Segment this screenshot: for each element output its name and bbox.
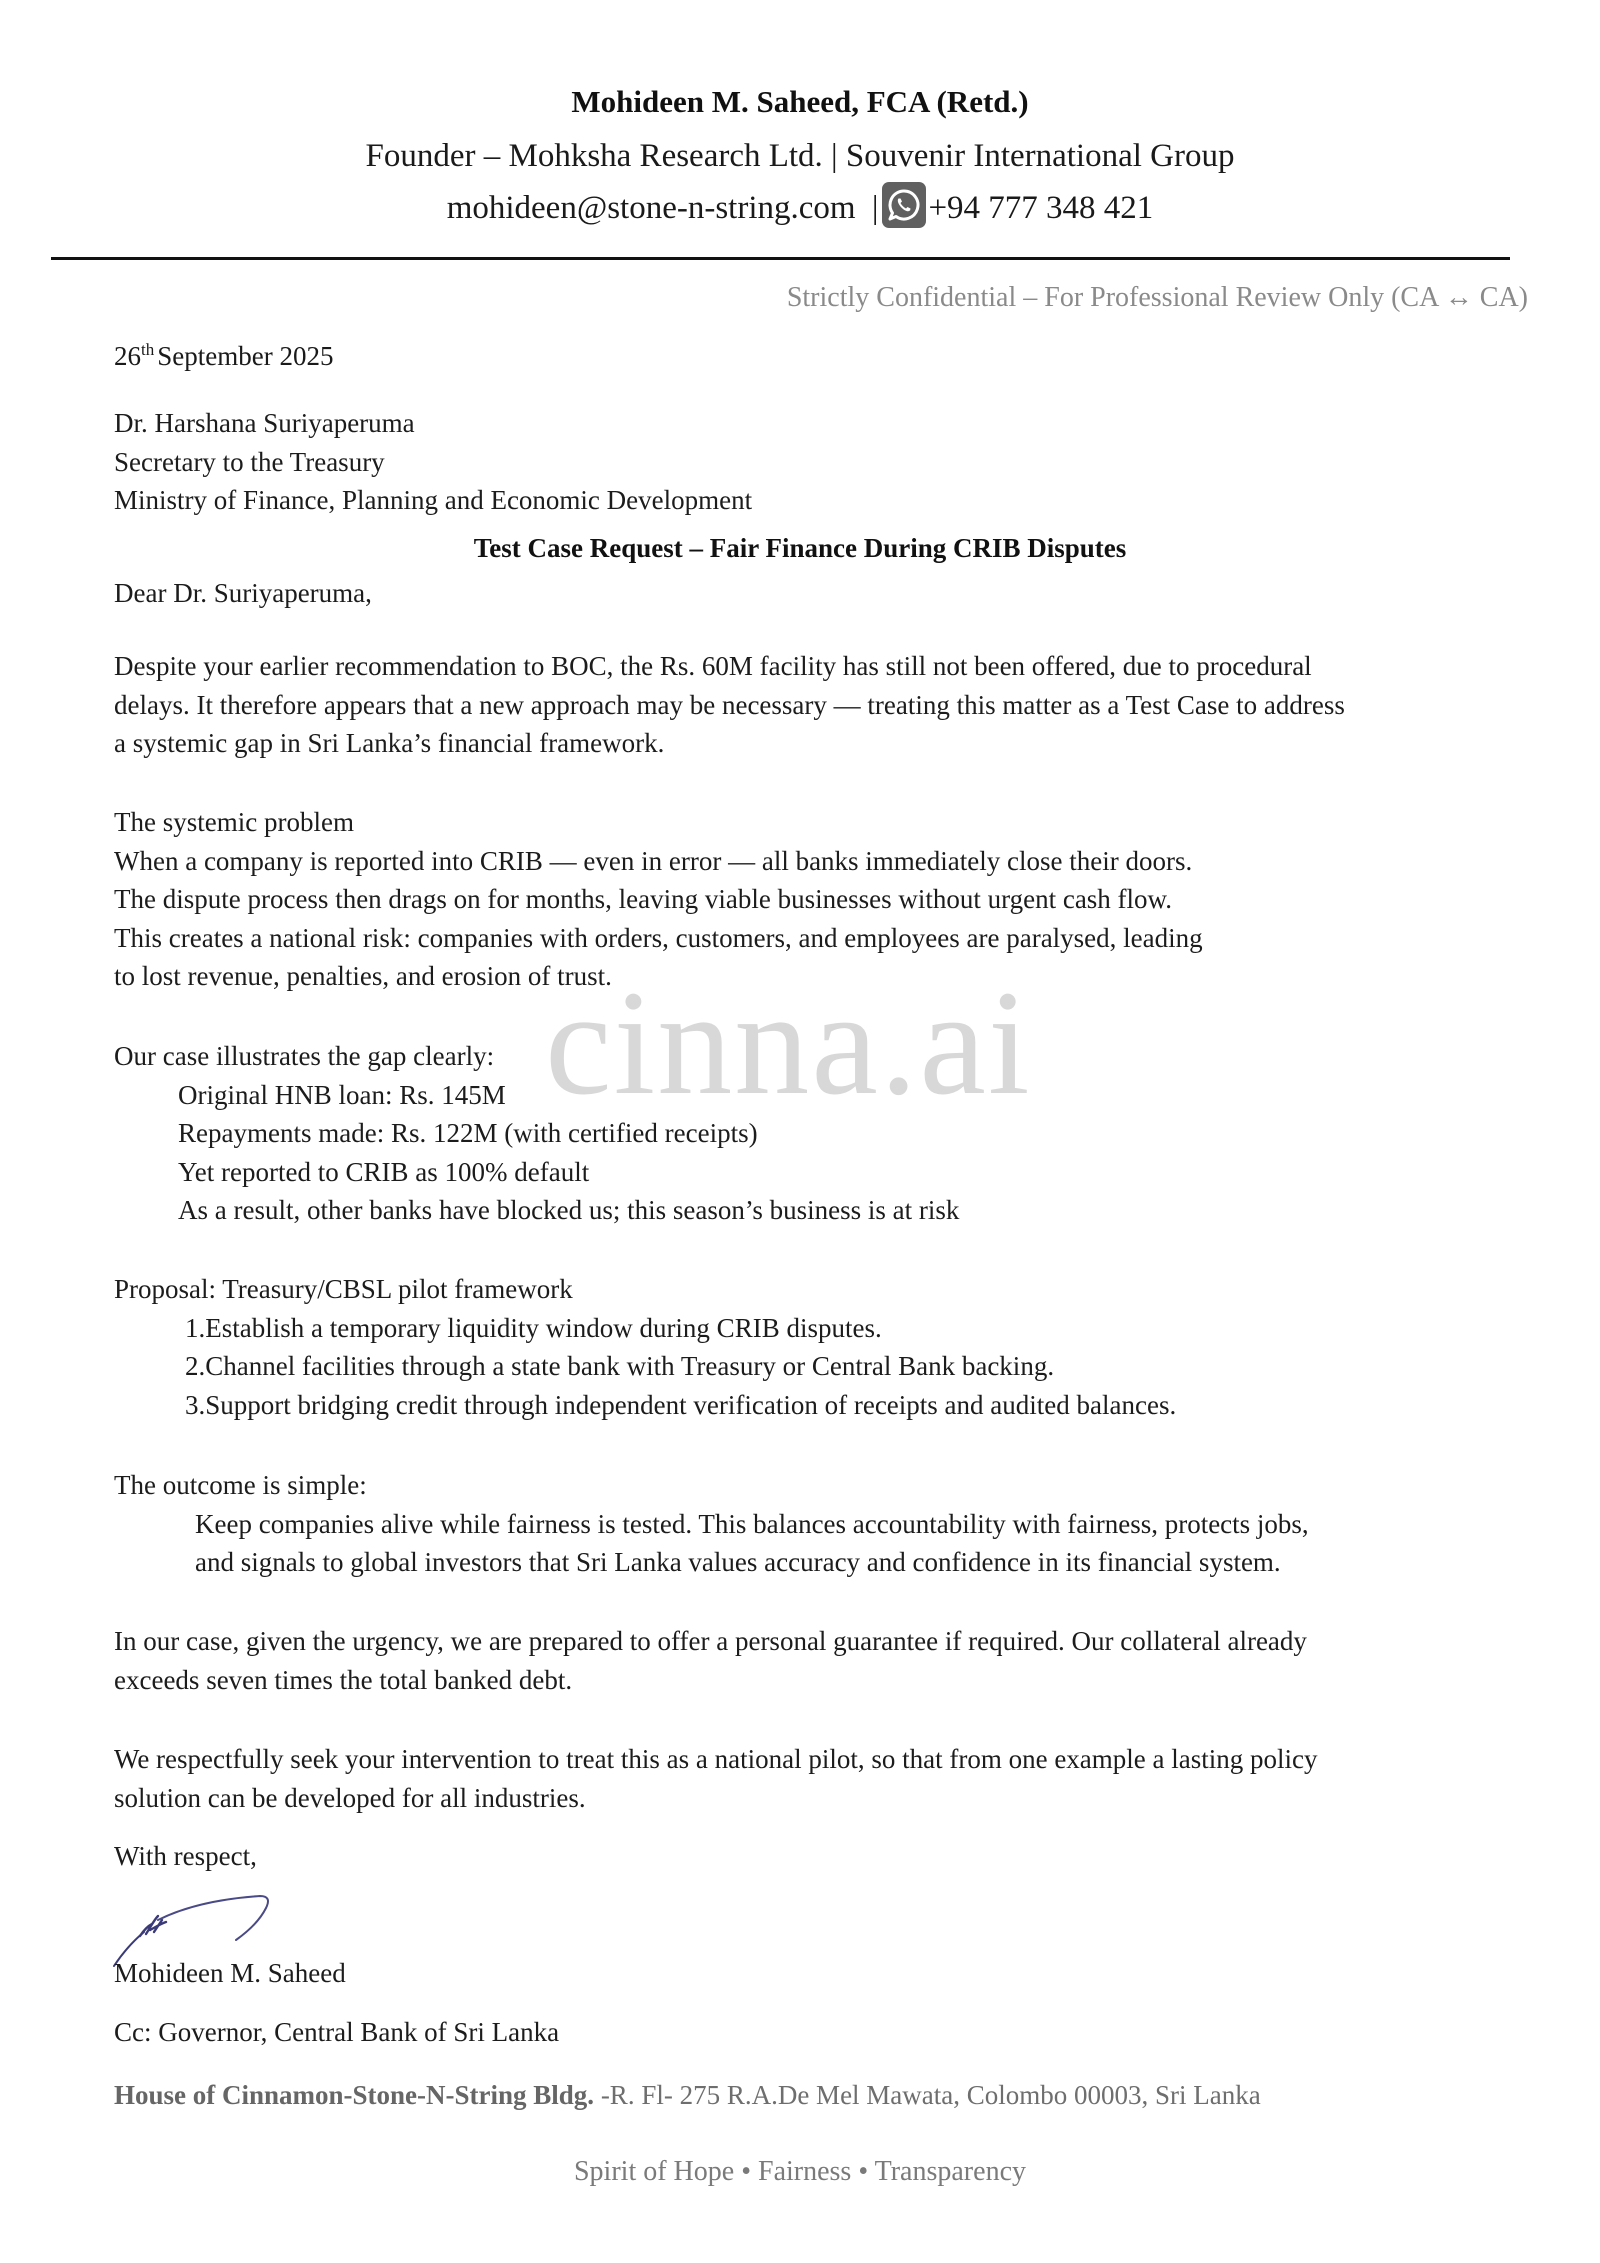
sender-phone[interactable]: +94 777 348 421	[928, 190, 1153, 226]
list-item: Repayments made: Rs. 122M (with certifie…	[114, 1114, 959, 1153]
list-item: 3.Support bridging credit through indepe…	[114, 1386, 1176, 1425]
footer-motto: Spirit of Hope • Fairness • Transparency	[0, 2156, 1600, 2188]
guarantee-paragraph: In our case, given the urgency, we are p…	[114, 1622, 1307, 1699]
header-divider	[51, 257, 1510, 260]
sender-role: Founder – Mohksha Research Ltd. | Souven…	[0, 138, 1600, 175]
addressee-ministry: Ministry of Finance, Planning and Econom…	[114, 481, 752, 520]
whatsapp-icon	[882, 182, 926, 228]
outcome-section: The outcome is simple: Keep companies al…	[114, 1466, 1309, 1582]
addressee-title: Secretary to the Treasury	[114, 443, 752, 482]
valediction: With respect,	[114, 1837, 257, 1876]
our-case-section: Our case illustrates the gap clearly: Or…	[114, 1037, 959, 1230]
sender-contact: mohideen@stone-n-string.com | +94 777 34…	[0, 182, 1600, 228]
sender-email[interactable]: mohideen@stone-n-string.com	[447, 190, 856, 226]
signatory-name: Mohideen M. Saheed	[114, 1954, 346, 1993]
list-item: As a result, other banks have blocked us…	[114, 1191, 959, 1230]
list-item: 1.Establish a temporary liquidity window…	[114, 1309, 1176, 1348]
list-item: Original HNB loan: Rs. 145M	[114, 1076, 959, 1115]
section-heading: The systemic problem	[114, 803, 1203, 842]
list-item: 2.Channel facilities through a state ban…	[114, 1347, 1176, 1386]
section-heading: Proposal: Treasury/CBSL pilot framework	[114, 1270, 1176, 1309]
closing-paragraph: We respectfully seek your intervention t…	[114, 1740, 1318, 1817]
contact-separator: |	[872, 190, 879, 227]
sender-name: Mohideen M. Saheed, FCA (Retd.)	[0, 84, 1600, 120]
letter-subject: Test Case Request – Fair Finance During …	[0, 533, 1600, 564]
salutation: Dear Dr. Suriyaperuma,	[114, 574, 372, 613]
section-heading: The outcome is simple:	[114, 1466, 1309, 1505]
list-item: Yet reported to CRIB as 100% default	[114, 1153, 959, 1192]
intro-paragraph: Despite your earlier recommendation to B…	[114, 647, 1345, 763]
section-heading: Our case illustrates the gap clearly:	[114, 1037, 959, 1076]
letter-date: 26thSeptember 2025	[114, 340, 333, 372]
cc-line: Cc: Governor, Central Bank of Sri Lanka	[114, 2013, 559, 2052]
footer-address: House of Cinnamon-Stone-N-String Bldg. -…	[114, 2080, 1261, 2111]
addressee-block: Dr. Harshana Suriyaperuma Secretary to t…	[114, 404, 752, 520]
confidentiality-note: Strictly Confidential – For Professional…	[787, 282, 1528, 314]
proposal-section: Proposal: Treasury/CBSL pilot framework …	[114, 1270, 1176, 1424]
systemic-problem-section: The systemic problem When a company is r…	[114, 803, 1203, 996]
addressee-name: Dr. Harshana Suriyaperuma	[114, 404, 752, 443]
